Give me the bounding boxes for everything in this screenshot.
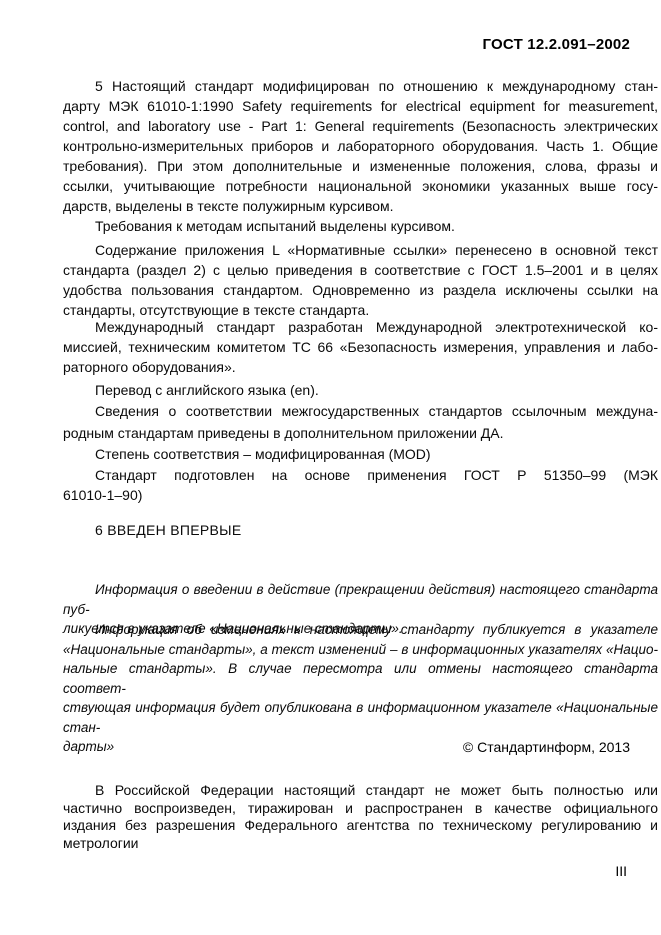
paragraph-appendix-l: Содержание приложения L «Нормативные ссы… (63, 240, 658, 320)
text-line: ствующая информация будет опубликована в… (63, 698, 658, 737)
foreword-item6-heading: 6 ВВЕДЕН ВПЕРВЫЕ (63, 520, 658, 540)
text-line: миссией, техническим комитетом ТС 66 «Бе… (63, 337, 658, 357)
text-line: 5 Настоящий стандарт модифицирован по от… (63, 76, 658, 96)
paragraph-basis: Стандарт подготовлен на основе применени… (63, 465, 658, 505)
text-line: дарств, выделены в тексте полужирным кур… (63, 196, 658, 216)
text-line: издания без разрешения Федерального аген… (63, 817, 658, 835)
paragraph-item5: 5 Настоящий стандарт модифицирован по от… (63, 76, 658, 216)
text-line: В Российской Федерации настоящий стандар… (63, 782, 658, 800)
page-number: III (63, 861, 627, 881)
text-line: метрологии (63, 835, 658, 853)
document-code: ГОСТ 12.2.091–2002 (63, 36, 630, 53)
text-line: дарту МЭК 61010-1:1990 Safety requiremen… (63, 96, 658, 116)
page-number-text: III (63, 861, 627, 881)
paragraph-interstate: Сведения о соответствии межгосударственн… (63, 400, 658, 444)
text-line: Содержание приложения L «Нормативные ссы… (63, 240, 658, 260)
text-line: 6 ВВЕДЕН ВПЕРВЫЕ (63, 520, 658, 540)
text-line: 61010-1–90) (63, 485, 658, 505)
text-line: стандарта (раздел 2) с целью приведения … (63, 260, 658, 280)
text-line: Информация о введении в действие (прекра… (63, 580, 658, 619)
paragraph-translation: Перевод с английского языка (en). (63, 380, 658, 400)
text-line: Степень соответствия – модифицированная … (63, 444, 658, 464)
copyright-line: © Стандартинформ, 2013 (63, 737, 630, 757)
text-line: ссылки, учитывающие потребности национал… (63, 176, 658, 196)
paragraph-iec: Международный стандарт разработан Междун… (63, 317, 658, 377)
text-line: Информация об изменениях к настоящему ст… (63, 620, 658, 640)
text-line: Сведения о соответствии межгосударственн… (63, 400, 658, 422)
text-line: контрольно-измерительных приборов и лабо… (63, 136, 658, 156)
text-line: Стандарт подготовлен на основе применени… (63, 465, 658, 485)
text-line: нальные стандарты». В случае пересмотра … (63, 659, 658, 698)
text-line: «Национальные стандарты», а текст измене… (63, 640, 658, 660)
text-line: Требования к методам испытаний выделены … (63, 216, 658, 236)
paragraph-disclaimer: В Российской Федерации настоящий стандар… (63, 782, 658, 852)
text-line: частично воспроизведен, тиражирован и ра… (63, 800, 658, 818)
text-line: Международный стандарт разработан Междун… (63, 317, 658, 337)
text-line: control, and laboratory use - Part 1: Ge… (63, 116, 658, 136)
document-page: ГОСТ 12.2.091–2002 5 Настоящий стандарт … (0, 0, 661, 935)
text-line: родным стандартам приведены в дополнител… (63, 422, 658, 444)
text-line: удобства пользования стандартом. Одновре… (63, 280, 658, 300)
text-line: раторного оборудования». (63, 357, 658, 377)
paragraph-test-methods: Требования к методам испытаний выделены … (63, 216, 658, 236)
paragraph-degree: Степень соответствия – модифицированная … (63, 444, 658, 464)
copyright-text: © Стандартинформ, 2013 (63, 737, 630, 757)
text-line: требования). При этом дополнительные и и… (63, 156, 658, 176)
text-line: Перевод с английского языка (en). (63, 380, 658, 400)
